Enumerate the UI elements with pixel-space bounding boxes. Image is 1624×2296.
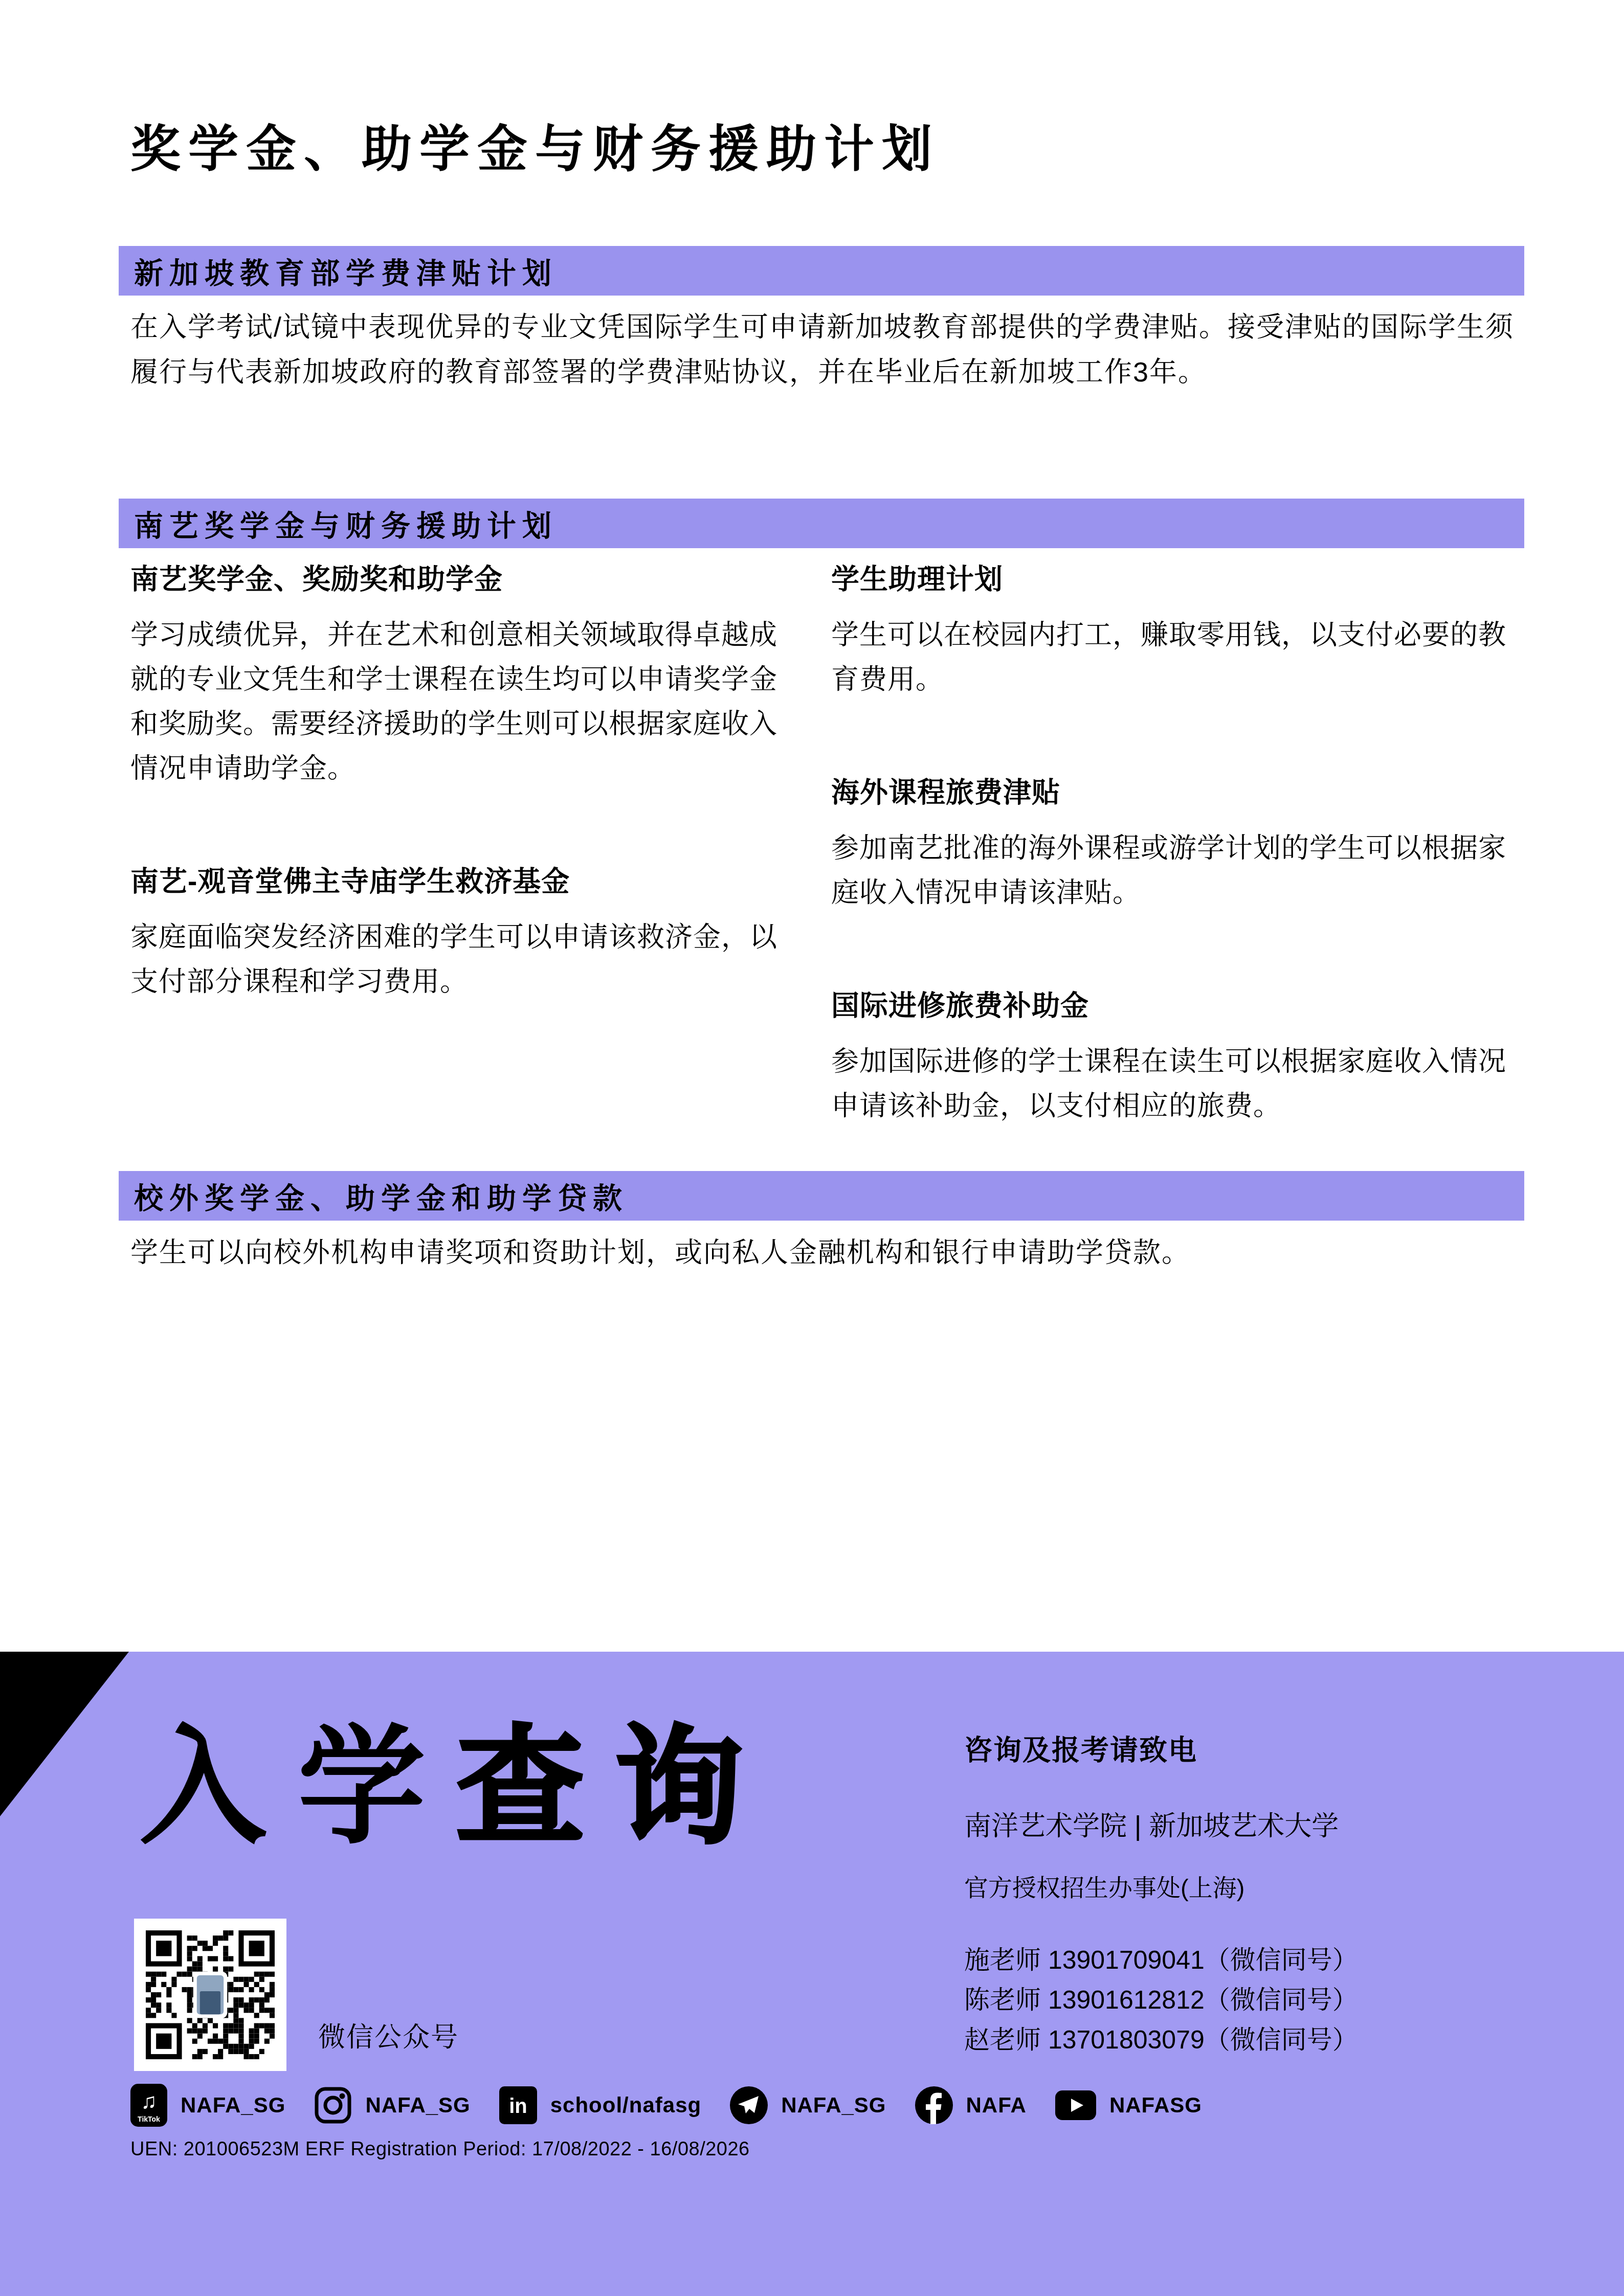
social-youtube[interactable]: NAFASG: [1055, 2090, 1202, 2120]
social-instagram[interactable]: NAFA_SG: [314, 2086, 470, 2124]
svg-text:TikTok: TikTok: [138, 2115, 160, 2123]
linkedin-icon: in: [499, 2086, 537, 2124]
footer: 入学查询 微信公众号 咨询及报考请致电 南洋艺术学院 | 新加坡艺术大学 官方授…: [0, 1652, 1624, 2296]
aid-block-overseas-travel: 海外课程旅费津贴 参加南艺批准的海外课程或游学计划的学生可以根据家庭收入情况申请…: [831, 770, 1527, 915]
contact-organization: 南洋艺术学院 | 新加坡艺术大学: [964, 1805, 1598, 1843]
uen-registration-line: UEN: 201006523M ERF Registration Period:…: [130, 2139, 750, 2160]
aid-block-heading: 海外课程旅费津贴: [831, 770, 1527, 810]
aid-block-international-grant: 国际进修旅费补助金 参加国际进修的学士课程在读生可以根据家庭收入情况申请该补助金…: [831, 983, 1527, 1129]
aid-block-body: 参加南艺批准的海外课程或游学计划的学生可以根据家庭收入情况申请该津贴。: [831, 826, 1527, 915]
aid-block-heading: 学生助理计划: [831, 556, 1527, 597]
contact-office: 官方授权招生办事处(上海): [964, 1869, 1598, 1903]
section-moe-body: 在入学考试/试镜中表现优异的专业文凭国际学生可申请新加坡教育部提供的学费津贴。接…: [130, 305, 1527, 395]
aid-block-heading: 国际进修旅费补助金: [831, 983, 1527, 1023]
aid-block-heading: 南艺-观音堂佛主寺庙学生救济基金: [130, 859, 780, 899]
social-handle: NAFA: [966, 2093, 1027, 2118]
section-banner-moe-label: 新加坡教育部学费津贴计划: [134, 250, 558, 292]
aid-block-relief-fund: 南艺-观音堂佛主寺庙学生救济基金 家庭面临突发经济困难的学生可以申请该救济金，以…: [130, 859, 780, 1004]
contact-phone-shi: 施老师 13901709041（微信同号）: [964, 1940, 1598, 1980]
nafa-column-right: 学生助理计划 学生可以在校园内打工，赚取零用钱，以支付必要的教育费用。 海外课程…: [831, 556, 1527, 1129]
aid-block-body: 参加国际进修的学士课程在读生可以根据家庭收入情况申请该补助金，以支付相应的旅费。: [831, 1040, 1527, 1129]
contact-phone-zhao: 赵老师 13701803079（微信同号）: [964, 2020, 1598, 2060]
telegram-icon: [730, 2086, 768, 2124]
social-linkedin[interactable]: in school/nafasg: [499, 2086, 701, 2124]
social-facebook[interactable]: NAFA: [915, 2086, 1027, 2124]
wechat-qr-label: 微信公众号: [318, 2016, 459, 2055]
section-banner-nafa-label: 南艺奖学金与财务援助计划: [134, 503, 558, 545]
footer-headline: 入学查询: [139, 1723, 773, 1851]
aid-block-body: 家庭面临突发经济困难的学生可以申请该救济金，以支付部分课程和学习费用。: [130, 915, 780, 1004]
social-telegram[interactable]: NAFA_SG: [730, 2086, 886, 2124]
social-handle: NAFA_SG: [365, 2093, 470, 2118]
social-links-row: ♫ TikTok NAFA_SG NAFA_SG in school/na: [130, 2084, 1202, 2127]
social-handle: school/nafasg: [550, 2093, 701, 2118]
footer-headline-heavy: 查询: [456, 1716, 773, 1858]
flyer-page: 奖学金、助学金与财务援助计划 新加坡教育部学费津贴计划 在入学考试/试镜中表现优…: [0, 0, 1624, 2296]
contact-block: 咨询及报考请致电 南洋艺术学院 | 新加坡艺术大学 官方授权招生办事处(上海) …: [964, 1727, 1598, 2060]
aid-block-heading: 南艺奖学金、奖励奖和助学金: [130, 556, 780, 597]
section-external-body: 学生可以向校外机构申请奖项和资助计划，或向私人金融机构和银行申请助学贷款。: [130, 1230, 1527, 1275]
aid-block-student-assistant: 学生助理计划 学生可以在校园内打工，赚取零用钱，以支付必要的教育费用。: [831, 556, 1527, 702]
social-handle: NAFA_SG: [181, 2093, 285, 2118]
aid-block-scholarships: 南艺奖学金、奖励奖和助学金 学习成绩优异，并在艺术和创意相关领域取得卓越成就的专…: [130, 556, 780, 791]
instagram-icon: [314, 2086, 352, 2124]
page-title: 奖学金、助学金与财务援助计划: [130, 122, 940, 177]
nafa-columns: 南艺奖学金、奖励奖和助学金 学习成绩优异，并在艺术和创意相关领域取得卓越成就的专…: [130, 556, 1527, 1129]
svg-text:♫: ♫: [141, 2089, 157, 2113]
section-banner-external: 校外奖学金、助学金和助学贷款: [119, 1171, 1524, 1221]
social-handle: NAFASG: [1109, 2093, 1202, 2118]
contact-phone-chen: 陈老师 13901612812（微信同号）: [964, 1980, 1598, 2020]
footer-headline-regular: 入学: [139, 1716, 456, 1858]
social-tiktok[interactable]: ♫ TikTok NAFA_SG: [130, 2084, 285, 2127]
corner-triangle-decoration: [0, 1652, 129, 1816]
svg-text:in: in: [509, 2095, 527, 2118]
wechat-qr-card[interactable]: [134, 1919, 286, 2071]
qr-code[interactable]: [146, 1930, 275, 2059]
youtube-icon: [1055, 2090, 1096, 2120]
aid-block-body: 学习成绩优异，并在艺术和创意相关领域取得卓越成就的专业文凭生和学士课程在读生均可…: [130, 613, 780, 791]
section-banner-moe: 新加坡教育部学费津贴计划: [119, 246, 1524, 296]
section-banner-external-label: 校外奖学金、助学金和助学贷款: [134, 1175, 628, 1217]
aid-block-body: 学生可以在校园内打工，赚取零用钱，以支付必要的教育费用。: [831, 613, 1527, 702]
social-handle: NAFA_SG: [781, 2093, 886, 2118]
section-banner-nafa: 南艺奖学金与财务援助计划: [119, 499, 1524, 548]
contact-heading: 咨询及报考请致电: [964, 1727, 1598, 1768]
tiktok-icon: ♫ TikTok: [130, 2084, 167, 2127]
nafa-column-left: 南艺奖学金、奖励奖和助学金 学习成绩优异，并在艺术和创意相关领域取得卓越成就的专…: [130, 556, 780, 1129]
facebook-icon: [915, 2086, 953, 2124]
